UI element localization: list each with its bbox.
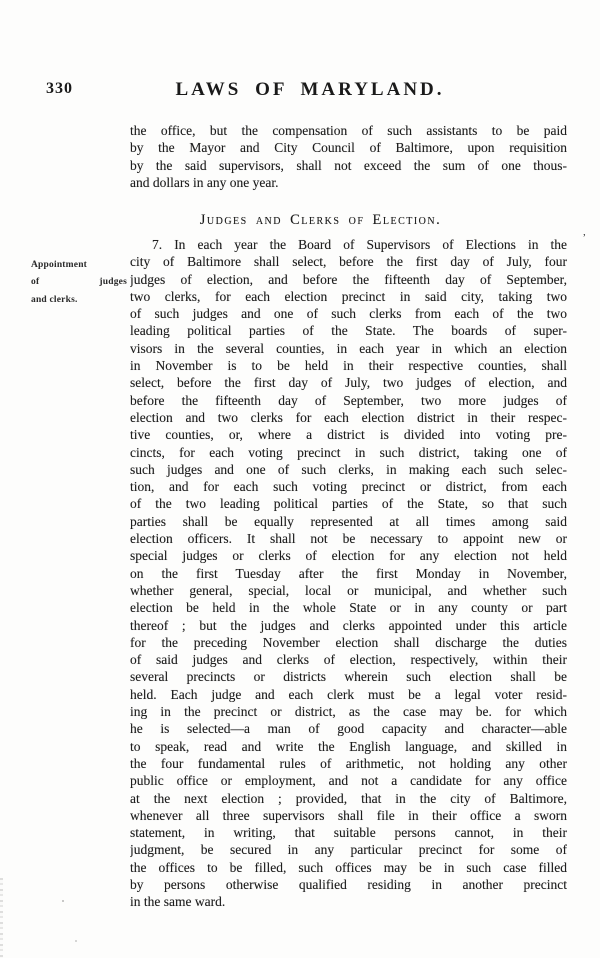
text-line: whether general, special, local or munic… <box>130 582 567 599</box>
text-line: cincts, for each voting precinct in such… <box>130 444 567 461</box>
text-line: to speak, read and write the English lan… <box>130 738 567 755</box>
text-line: leading political parties of the State. … <box>130 322 567 339</box>
text-line: several precincts or districts wherein s… <box>130 668 567 685</box>
text-line: election be held in the whole State or i… <box>130 599 567 616</box>
text-line: on the first Tuesday after the first Mon… <box>130 565 567 582</box>
text-line: the office, but the compensation of such… <box>130 122 567 139</box>
paragraph-section-7: 7. In each year the Board of Supervisors… <box>130 236 567 911</box>
text-line: by the Mayor and City Council of Baltimo… <box>130 139 567 156</box>
text-line: and dollars in any one year. <box>130 174 567 191</box>
text-line: judgment, be secured in any particular p… <box>130 841 567 858</box>
text-line: visors in the several counties, in each … <box>130 340 567 357</box>
text-line: parties shall be equally represented at … <box>130 513 567 530</box>
text-line: he is selected—a man of good capacity an… <box>130 720 567 737</box>
text-line: of judges <box>31 277 127 294</box>
scan-speck <box>75 940 77 942</box>
text-line: of the two leading political parties of … <box>130 495 567 512</box>
text-line: the four fundamental rules of arithmetic… <box>130 755 567 772</box>
scanned-book-page: 330 LAWS OF MARYLAND. the office, but th… <box>0 0 600 958</box>
text-line: the offices to be filled, such offices m… <box>130 859 567 876</box>
text-line: public office or employment, and not a c… <box>130 772 567 789</box>
text-line: special judges or clerks of election for… <box>130 547 567 564</box>
text-line: city of Baltimore shall select, before t… <box>130 253 567 270</box>
text-line: before the fifteenth day of September, t… <box>130 392 567 409</box>
text-line: Appointment <box>31 260 127 277</box>
text-line: tive counties, or, where a district is d… <box>130 426 567 443</box>
text-line: by persons otherwise qualified residing … <box>130 876 567 893</box>
text-line: of such judges and one of such clerks fr… <box>130 305 567 322</box>
text-line: held. Each judge and each clerk must be … <box>130 686 567 703</box>
text-line: tion, and for each such voting precinct … <box>130 478 567 495</box>
text-line: for the preceding November election shal… <box>130 634 567 651</box>
section-heading: Judges and Clerks of Election. <box>102 212 539 229</box>
scan-artifact-mark: , <box>583 226 586 238</box>
text-line: and clerks. <box>31 295 127 312</box>
text-line: election officers. It shall not be neces… <box>130 530 567 547</box>
margin-note-appointment: Appointmentof judgesand clerks. <box>31 260 127 312</box>
text-line: statement, in writing, that suitable per… <box>130 824 567 841</box>
scan-speck <box>62 900 64 902</box>
text-line: thereof ; but the judges and clerks appo… <box>130 617 567 634</box>
text-line: in November is to be held in their respe… <box>130 357 567 374</box>
text-line: two clerks, for each election precinct i… <box>130 288 567 305</box>
text-line: 7. In each year the Board of Supervisors… <box>130 236 567 253</box>
text-line: ing in the precinct or district, as the … <box>130 703 567 720</box>
running-header-title: LAWS OF MARYLAND. <box>0 79 600 101</box>
text-line: whenever all three supervisors shall fil… <box>130 807 567 824</box>
text-line: select, before the first day of July, tw… <box>130 374 567 391</box>
text-line: judges of election, and before the fifte… <box>130 271 567 288</box>
text-line: election and two clerks for each electio… <box>130 409 567 426</box>
scan-edge-noise <box>0 878 3 958</box>
text-line: such judges and one of such clerks, in m… <box>130 461 567 478</box>
text-line: by the said supervisors, shall not excee… <box>130 157 567 174</box>
paragraph-intro: the office, but the compensation of such… <box>130 122 567 191</box>
text-line: in the same ward. <box>130 893 567 910</box>
text-line: at the next election ; provided, that in… <box>130 790 567 807</box>
text-line: of said judges and clerks of election, r… <box>130 651 567 668</box>
